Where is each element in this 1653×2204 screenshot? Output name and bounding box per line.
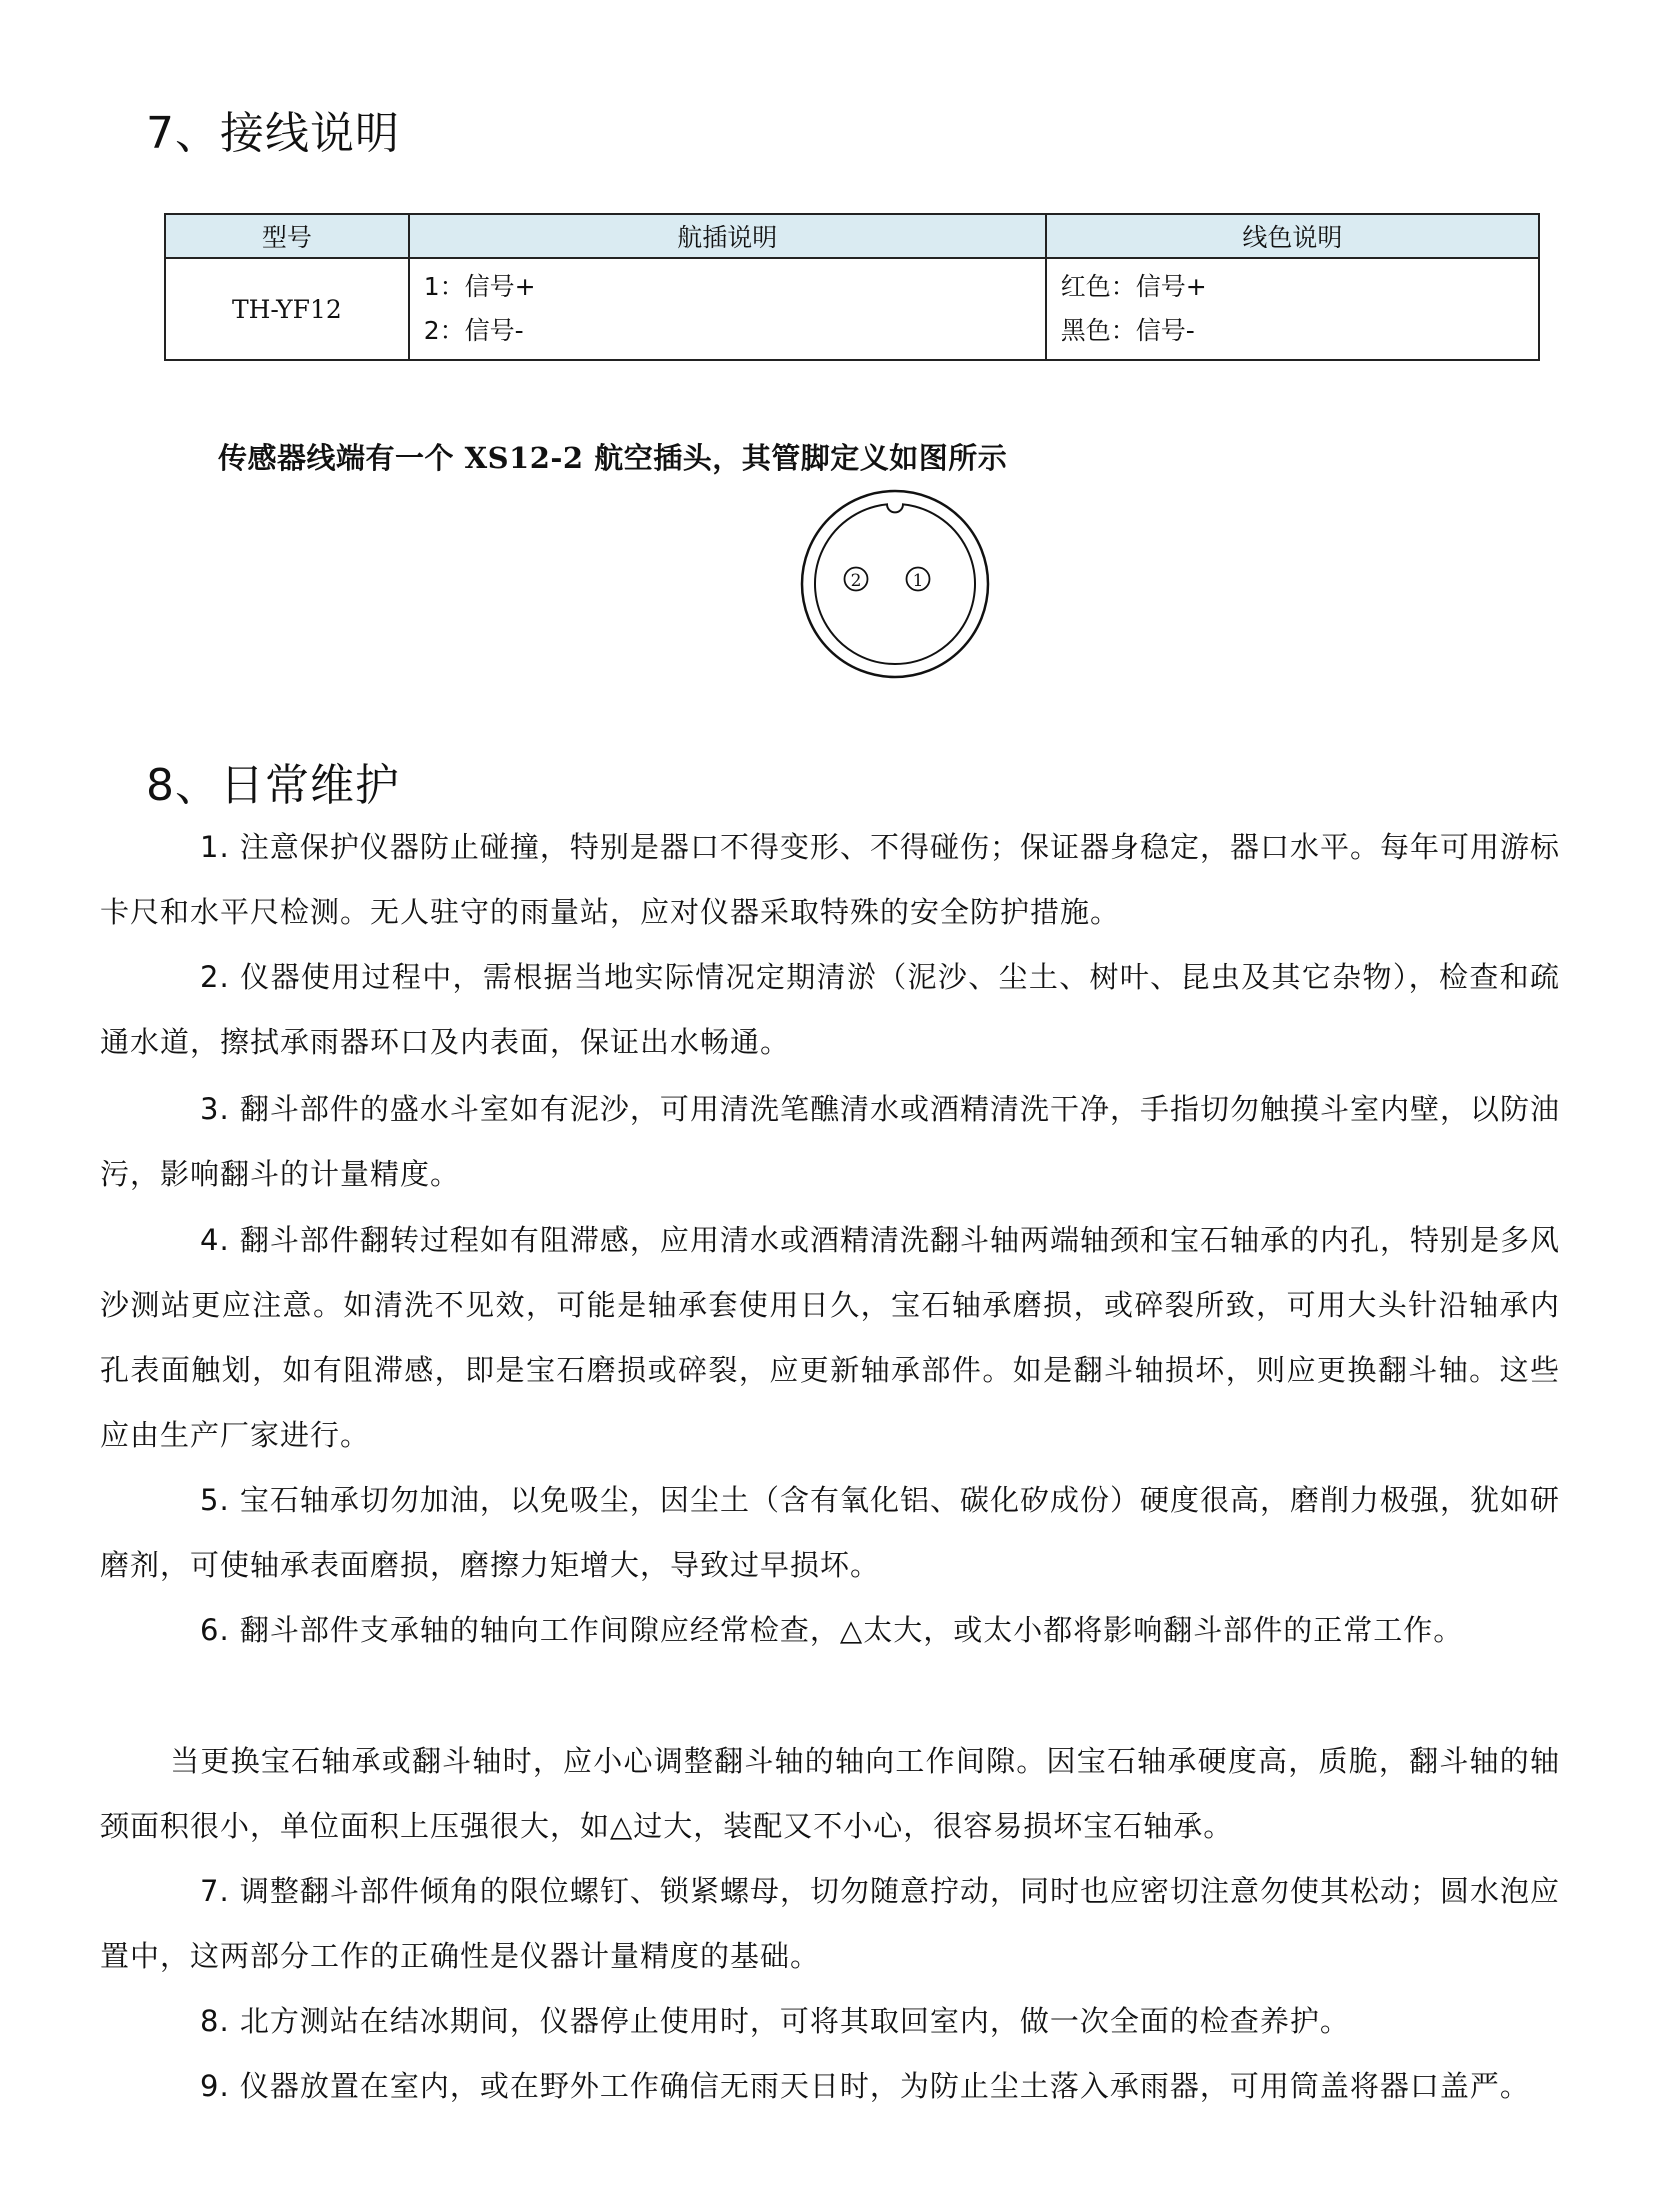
connector-caption: 传感器线端有一个 XS12-2 航空插头，其管脚定义如图所示 [218, 436, 1007, 477]
cell-model: TH-YF12 [165, 258, 409, 360]
maintenance-item-7: 7. 调整翻斗部件倾角的限位螺钉、锁紧螺母，切勿随意拧动，同时也应密切注意勿使其… [100, 1859, 1560, 1989]
maintenance-item-4: 4. 翻斗部件翻转过程如有阻滞感，应用清水或酒精清洗翻斗轴两端轴颈和宝石轴承的内… [100, 1208, 1560, 1468]
wiring-table: 型号 航插说明 线色说明 TH-YF12 1：信号+ 2：信号- 红色：信号+ … [164, 213, 1540, 361]
section-7-heading: 7、接线说明 [146, 104, 400, 164]
pin-1-icon: 1 [907, 568, 930, 592]
section-8-heading: 8、日常维护 [146, 756, 400, 816]
maintenance-item-9: 9. 仪器放置在室内，或在野外工作确信无雨天日时，为防止尘土落入承雨器，可用筒盖… [100, 2054, 1560, 2119]
xs12-connector-pinout-diagram: 2 1 [795, 484, 995, 684]
table-row: TH-YF12 1：信号+ 2：信号- 红色：信号+ 黑色：信号- [165, 258, 1539, 360]
maintenance-item-6: 6. 翻斗部件支承轴的轴向工作间隙应经常检查，△太大，或太小都将影响翻斗部件的正… [100, 1598, 1560, 1663]
pin-1-desc: 1：信号+ [424, 265, 1031, 309]
svg-text:2: 2 [851, 571, 862, 591]
connector-inner-ring-keyed-icon [815, 504, 975, 664]
wire-black-desc: 黑色：信号- [1061, 309, 1524, 353]
header-connector-pins: 航插说明 [409, 214, 1046, 258]
maintenance-item-8: 8. 北方测站在结冰期间，仪器停止使用时，可将其取回室内，做一次全面的检查养护。 [100, 1989, 1560, 2054]
cell-wires: 红色：信号+ 黑色：信号- [1046, 258, 1539, 360]
connector-outer-ring-icon [802, 491, 988, 677]
header-wire-colors: 线色说明 [1046, 214, 1539, 258]
maintenance-item-5: 5. 宝石轴承切勿加油，以免吸尘，因尘土（含有氧化铝、碳化矽成份）硬度很高，磨削… [100, 1468, 1560, 1598]
table-header-row: 型号 航插说明 线色说明 [165, 214, 1539, 258]
header-model: 型号 [165, 214, 409, 258]
maintenance-item-2: 2. 仪器使用过程中，需根据当地实际情况定期清淤（泥沙、尘土、树叶、昆虫及其它杂… [100, 945, 1560, 1075]
wire-red-desc: 红色：信号+ [1061, 265, 1524, 309]
maintenance-note-bearing-replacement: 当更换宝石轴承或翻斗轴时，应小心调整翻斗轴的轴向工作间隙。因宝石轴承硬度高，质脆… [100, 1729, 1560, 1859]
maintenance-item-1: 1. 注意保护仪器防止碰撞，特别是器口不得变形、不得碰伤；保证器身稳定，器口水平… [100, 815, 1560, 945]
pin-2-icon: 2 [845, 568, 868, 592]
maintenance-item-3: 3. 翻斗部件的盛水斗室如有泥沙，可用清洗笔醮清水或酒精清洗干净，手指切勿触摸斗… [100, 1077, 1560, 1207]
svg-text:1: 1 [913, 571, 924, 591]
pin-2-desc: 2：信号- [424, 309, 1031, 353]
cell-pins: 1：信号+ 2：信号- [409, 258, 1046, 360]
